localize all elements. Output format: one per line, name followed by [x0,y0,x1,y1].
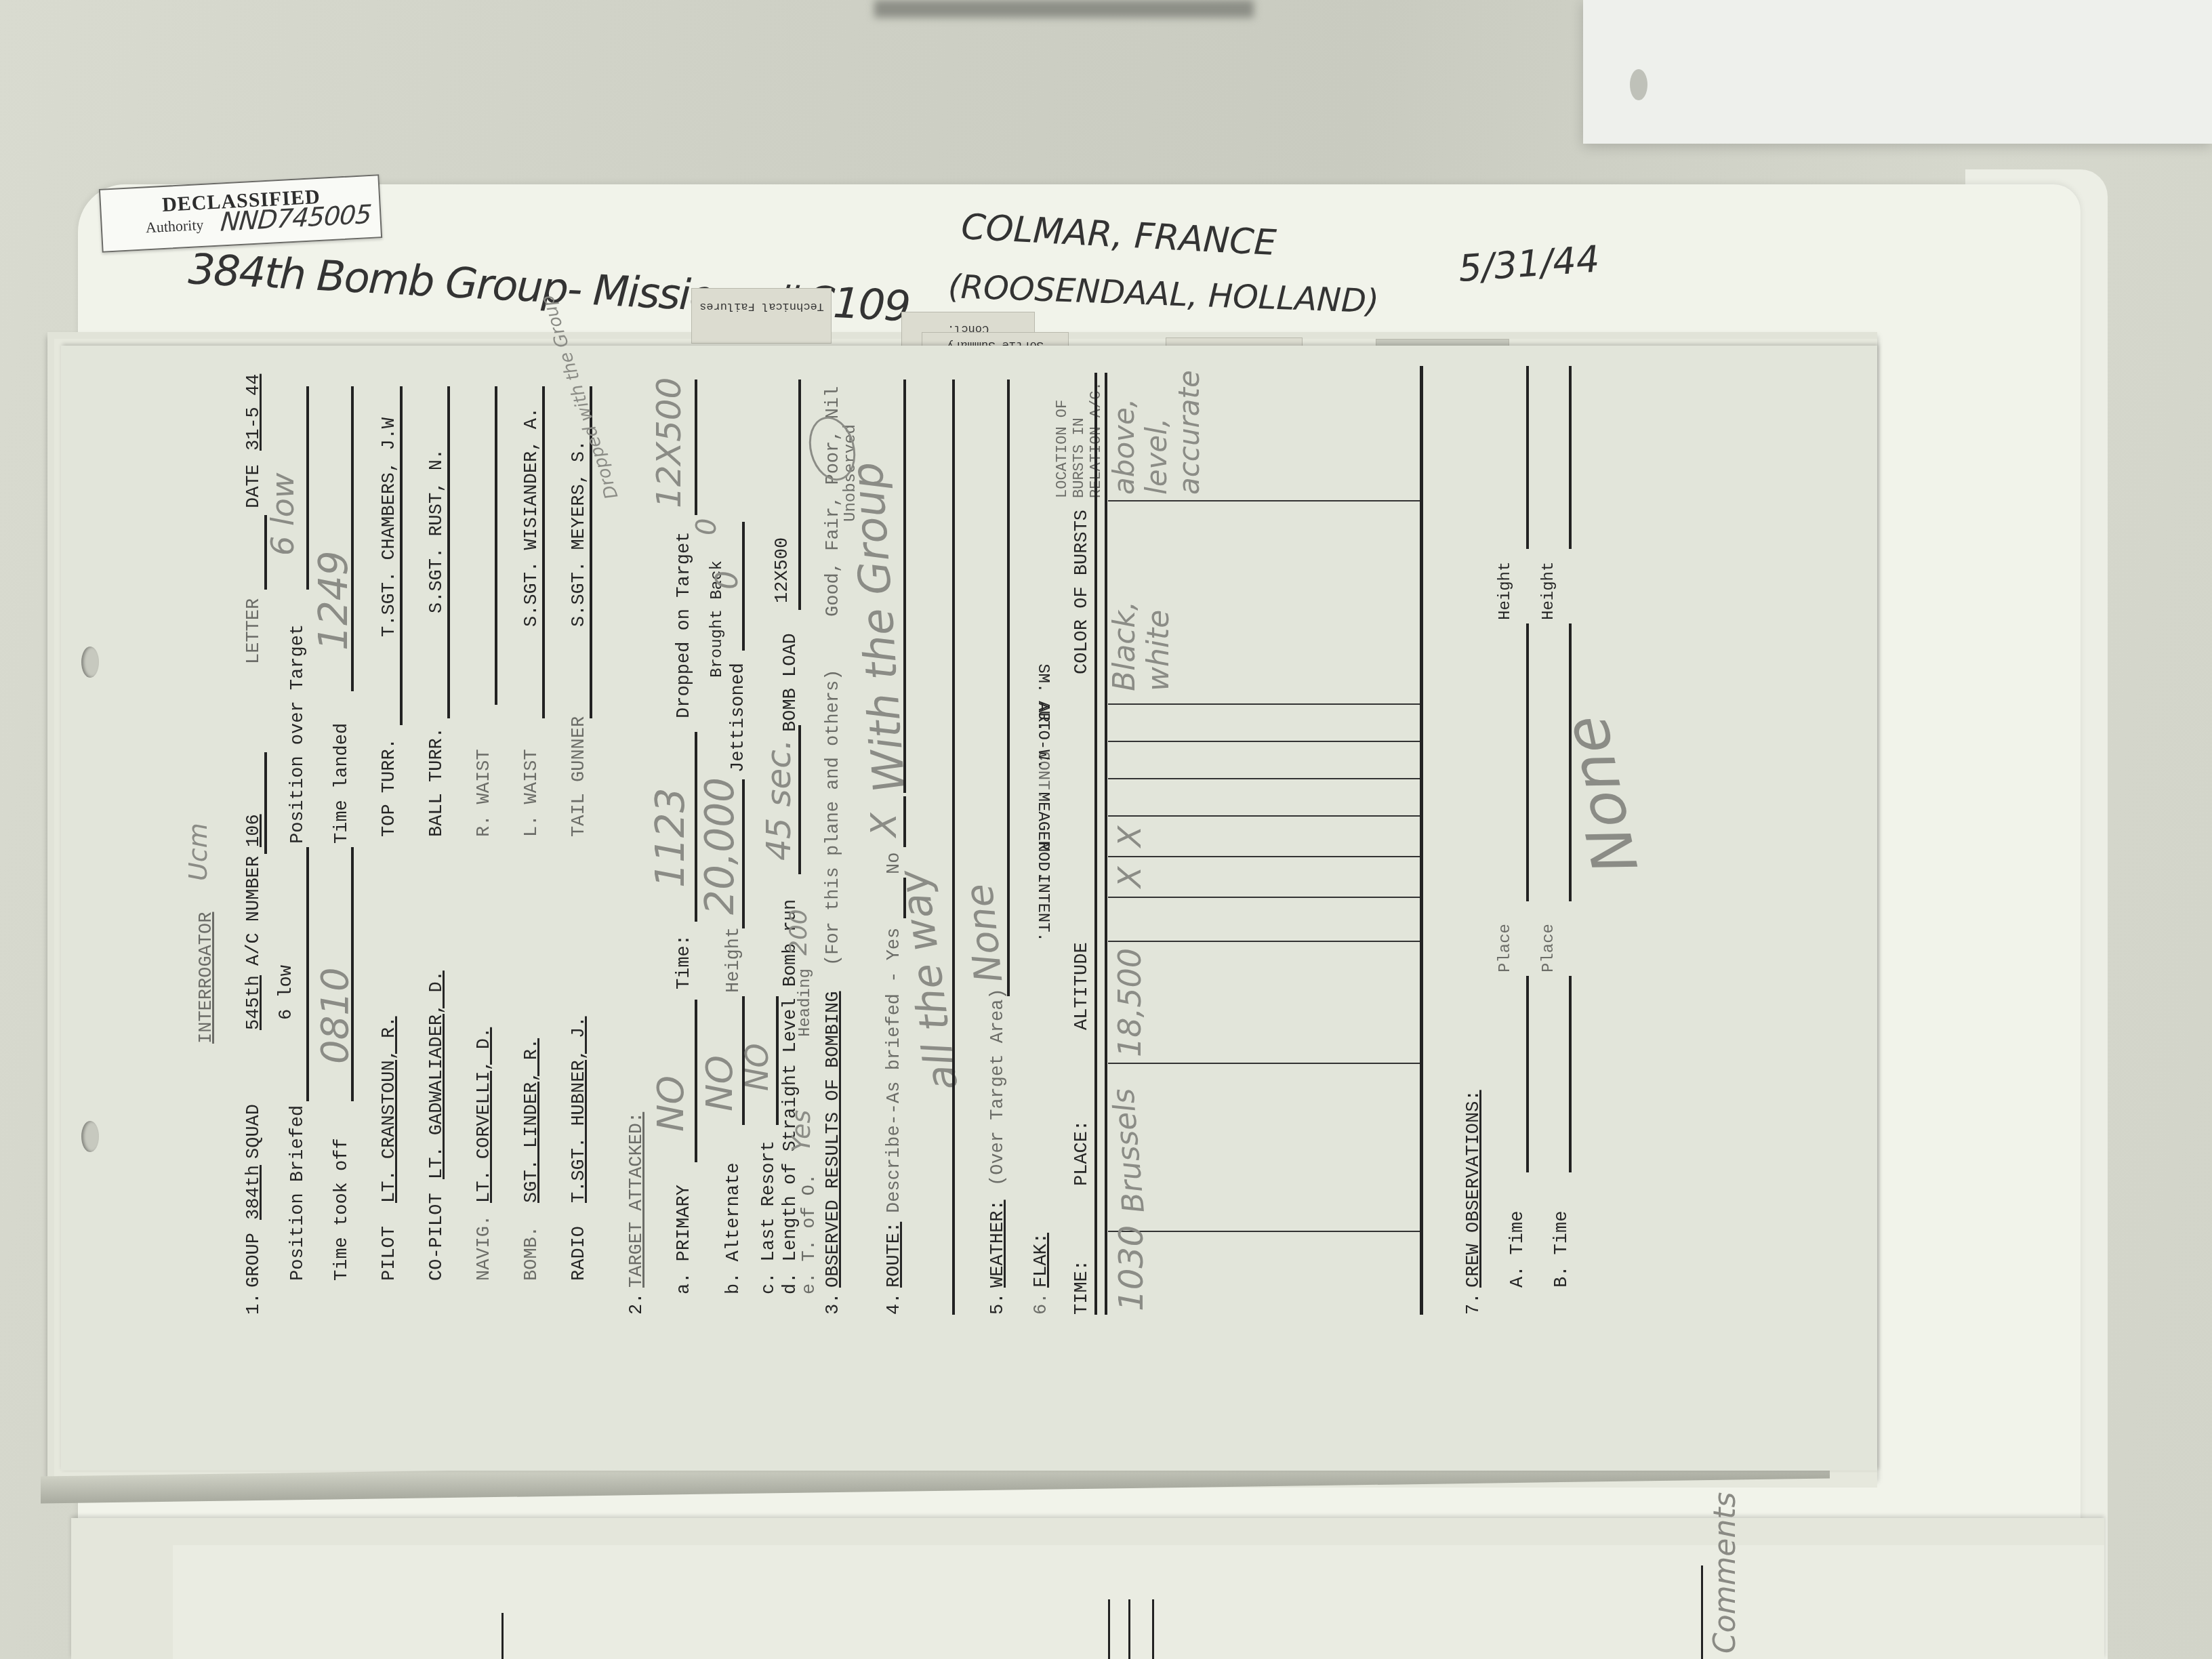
crew-name-top-turret[interactable]: T.SGT. CHAMBERS, J.W [380,417,400,637]
jettisoned-line [742,522,745,651]
tof-value[interactable]: Yes [786,1110,816,1152]
flak-header-rule [1094,373,1097,1315]
flak-header-rule-2 [1105,373,1107,1315]
crew-name-tail-gunner[interactable]: S.SGT. MEYERS, S. [569,441,590,627]
crew-name-copilot[interactable]: LT. GADWALIADER, D. [427,970,447,1179]
route-describe-label: Describe--As briefed - Yes [884,928,905,1213]
crew-role-left-waist: L. WAIST [522,749,542,837]
flak-col-color: COLOR OF BURSTS [1072,510,1092,674]
flak-divider [1108,1063,1420,1064]
flak-divider [1108,741,1420,742]
brought-back-value[interactable]: 0 [691,518,722,535]
obs-a-height-label: Height [1496,562,1515,620]
obs-a-place-label: Place [1496,924,1515,972]
lower-rule [1152,1599,1154,1659]
lower-sheet-page [173,1545,2104,1659]
dark-object-top [874,0,1254,18]
obs-a-height-line [1526,366,1529,549]
binder-hole [81,1121,99,1152]
dropped-line [695,380,697,515]
primary-time-value[interactable]: 1123 [647,787,693,888]
flak-title: FLAK: [1031,1233,1052,1288]
flak-row-mod[interactable]: X [1111,866,1148,888]
primary-time-label: Time: [674,935,695,989]
punch-hole [1630,69,1647,100]
weather-value[interactable]: None [958,882,1012,985]
jettisoned-label: Jettisoned [729,663,749,773]
section-2-number: 2. [627,1293,647,1315]
crew-role-radio: RADIO [569,1226,590,1281]
heading-label: Heading [796,968,815,1037]
flak-col-time: TIME: [1072,1260,1092,1315]
bomb-load-label: BOMB LOAD [781,633,801,732]
section-5-number: 5. [988,1293,1008,1315]
bomb-run-value[interactable]: 45 sec. [759,739,798,861]
bomb-load-line [798,380,801,610]
crew-name-left-waist[interactable]: S.SGT. WISIANDER, A. [522,407,542,627]
loose-sheet [1583,0,2212,144]
flak-col-meager: MEAGER [1033,792,1052,851]
group-value[interactable]: 384th [244,1165,264,1220]
route-line-2 [952,380,955,1315]
binder-hole [81,647,99,678]
flak-row-altitude[interactable]: 18,500 [1111,948,1148,1057]
lower-rule [1108,1599,1110,1659]
obs-b-time-line [1569,976,1572,1172]
section-3-subtitle: (For this plane and others) [823,670,844,966]
flak-divider [1108,1231,1420,1232]
position-over-target-label: Position over Target [288,624,308,844]
crew-name-pilot[interactable]: LT. CRANSTOUN, R. [380,1017,400,1203]
position-briefed-label: Position Briefed [288,1105,308,1281]
crew-role-top-turret: TOP TURR. [380,738,400,837]
crew-name-ball-turret[interactable]: S.SGT. RUST, N. [427,449,447,613]
primary-line [695,1000,697,1162]
crew-line [542,386,545,718]
flak-row-color[interactable]: Black, white [1108,542,1176,691]
crew-role-ball-turret: BALL TURR. [427,727,447,837]
crew-observations-title: CREW OBSERVATIONS: [1464,1090,1484,1288]
ac-number-label: A/C NUMBER [244,856,264,966]
crew-role-copilot: CO-PILOT [427,1193,447,1281]
crew-line [447,386,450,718]
tab-technical-failures[interactable]: Technical Failures [691,288,832,344]
bomb-run-label: d. Length of Straight Level Bomb run [781,899,801,1294]
jettisoned-value[interactable]: 0 [710,571,745,590]
last-resort-line [776,996,779,1125]
time-landed-line [351,386,354,691]
crew-role-bombardier: BOMB. [522,1226,542,1281]
flak-bottom-rule [1420,366,1423,1315]
section-1-number: 1. [244,1293,264,1315]
ac-number-line [264,752,267,854]
heading-value[interactable]: 200 [785,909,813,956]
weather-line [1007,380,1010,996]
alternate-label: b. Alternate [724,1163,744,1294]
height-line [742,779,745,928]
squadron-value[interactable]: 545th [244,975,264,1030]
height-label: Height [724,927,744,993]
obs-a-time-label: A. Time [1508,1211,1528,1288]
last-resort-label: c. Last Resort [759,1141,779,1294]
crew-role-tail-gunner: TAIL GUNNER [569,716,590,837]
dropped-label: Dropped on Target [674,532,695,718]
section-7-number: 7. [1464,1293,1484,1315]
flak-row-meager[interactable]: X [1111,825,1148,847]
obs-a-time-line [1526,976,1529,1172]
tof-label: e. T. of O. [800,1174,820,1294]
position-over-target-value[interactable]: 6 low [264,473,301,556]
obs-a-place-line [1526,623,1529,901]
lower-rule [1128,1599,1130,1659]
primary-value[interactable]: NO [649,1076,692,1132]
time-landed-label: Time landed [332,723,352,844]
primary-label: a. PRIMARY [674,1185,695,1294]
group-label: GROUP [244,1233,264,1288]
flak-row-time[interactable]: 1030 [1111,1225,1151,1311]
flak-divider [1108,815,1420,817]
section-6-number: 6. [1031,1293,1052,1315]
bomb-load-value[interactable]: 12X500 [773,537,793,603]
route-line-1 [903,380,906,793]
lower-rule [1701,1565,1703,1659]
crew-name-navigator[interactable]: LT. CORVELLI, D. [474,1027,495,1203]
dropped-value[interactable]: 12X500 [649,377,689,508]
flak-row-place[interactable]: Brussels [1106,1087,1151,1214]
crew-line [400,386,403,725]
weather-subtitle: (Over Target Area) [988,988,1008,1186]
crew-role-navigator: NAVIG. [474,1215,495,1281]
route-title: ROUTE: [884,1222,905,1288]
obs-b-height-line [1569,366,1572,549]
ac-number-value[interactable]: 106 [244,814,264,847]
crew-name-radio[interactable]: T.SGT. HUBNER, J. [569,1017,590,1203]
crew-role-right-waist: R. WAIST [474,749,495,837]
bomb-run-line [798,725,801,874]
obs-b-time-label: B. Time [1552,1211,1572,1288]
crew-name-bombardier[interactable]: SGT. LINDER, R. [522,1038,542,1203]
authority-label: Authority [145,216,204,237]
obs-b-height-label: Height [1540,562,1558,620]
letter-label: LETTER [244,598,264,664]
date-label: DATE [244,464,264,508]
last-resort-value[interactable]: NO [739,1043,775,1091]
position-over-target-line [306,386,309,590]
section-2-title: TARGET ATTACKED: [627,1112,647,1288]
flak-col-altitude: ALTITUDE [1072,942,1092,1030]
crew-observations-value[interactable]: None [1550,710,1653,880]
time-took-off-label: Time took off [332,1138,352,1281]
date-value[interactable]: 31-5 44 [244,374,264,451]
interrogator-value: Ucm [183,823,213,881]
section-3-number: 3. [823,1293,844,1315]
flak-divider [1108,941,1420,942]
weather-title: WEATHER: [988,1200,1008,1288]
alternate-value[interactable]: NO [698,1055,741,1111]
flak-col-sm-ar: SM. AR. [1033,663,1052,732]
interrogator-label: INTERROGATOR [197,912,217,1044]
flak-divider [1108,500,1420,501]
flak-divider [1108,778,1420,779]
flak-divider [1108,897,1420,898]
route-no-line [903,796,906,847]
position-briefed-value[interactable]: 6 low [276,965,297,1020]
height-value[interactable]: 20,000 [697,777,743,915]
lower-rule [501,1613,504,1659]
obs-b-place-label: Place [1540,924,1558,972]
flak-divider [1108,856,1420,857]
time-took-off-line [351,847,354,1101]
section-3-title: OBSERVED RESULTS OF BOMBING [823,991,844,1288]
crew-line [495,386,497,705]
route-no-value[interactable]: X [864,813,905,837]
crew-role-pilot: PILOT [380,1226,400,1281]
flak-col-place: PLACE: [1072,1120,1092,1186]
squadron-label: SQUAD [244,1104,264,1159]
flak-row-location[interactable]: above, level, accurate [1108,359,1206,495]
flak-divider [1108,703,1420,705]
section-4-number: 4. [884,1293,905,1315]
interrogation-form: INTERROGATOR Ucm 1. GROUP 384th SQUAD 54… [61,346,1877,1471]
position-briefed-line [306,847,309,1101]
time-landed-value[interactable]: 1249 [310,550,356,651]
lower-sheet-handwriting: Comments [1708,1492,1742,1654]
flak-col-intent: INTENT. [1033,874,1052,942]
